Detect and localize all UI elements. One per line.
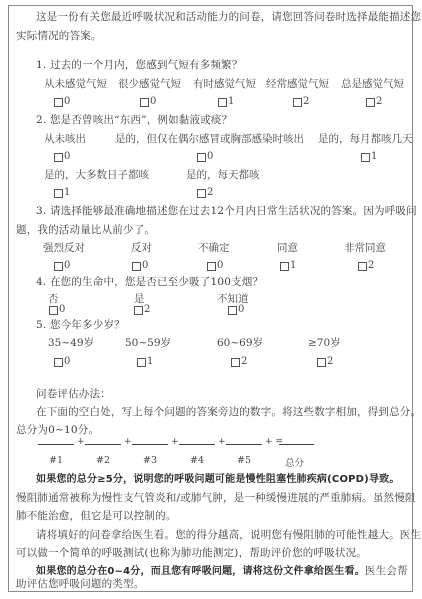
score-blank-3[interactable] [132,444,168,446]
score-value: 2 [207,187,213,199]
question-3-title-line-1: 3. 请选择能够最准确地描述您在过去12个月内日常生活状况的答案。因为呼吸问 [36,205,417,218]
checkbox-icon[interactable] [197,189,206,198]
checkbox-icon[interactable] [54,153,63,162]
checkbox-icon[interactable] [134,306,143,315]
checkbox-icon[interactable] [231,358,240,367]
score-value: 0 [64,96,70,108]
question-2-title: 2. 您是否曾咳出“东西”，例如黏液或痰？ [36,114,232,127]
question-4-title: 4. 在您的生命中，您是否已至少吸了100支烟？ [36,276,263,289]
result-low-score-line: 如果您的总分在0~4分，而且您有呼吸问题，请将这份文件拿给医生看。医生会帮 [36,565,408,578]
q1-checkbox[interactable]: 2 [293,96,309,108]
q2-option-label: 是的，但仅在偶尔感冒或胸部感染时咳出 [115,133,304,146]
q1-option-label: 很少感觉气短 [118,78,181,91]
checkbox-icon[interactable] [54,189,63,198]
score-value: 2 [241,356,247,368]
score-blank-1[interactable] [38,444,74,446]
checkbox-icon[interactable] [366,98,375,107]
q5-checkbox[interactable]: 0 [54,356,70,368]
q3-option-label: 同意 [277,242,298,255]
question-3-title-line-2: 题，我的活动量比从前少了。 [16,224,155,237]
advice-line-1: 请将填好的问卷拿给医生看。您的得分越高，说明您有慢阻肺的可能性越大。医生 [36,529,421,542]
q3-checkbox[interactable]: 0 [132,260,148,272]
scoring-instructions-line-1: 在下面的空白处，写上每个问题的答案旁边的数字。将这些数字相加，得到总分。 [36,406,421,419]
q1-option-label: 经常感觉气短 [266,78,329,91]
checkbox-icon[interactable] [228,306,237,315]
score-blank-5[interactable] [226,444,262,446]
question-1-title: 1. 过去的一个月内，您感到气短有多频繁？ [36,59,243,72]
checkbox-icon[interactable] [54,98,63,107]
q5-checkbox[interactable]: 2 [317,356,333,368]
q2-checkbox[interactable]: 2 [197,187,213,199]
score-value: 1 [147,356,153,368]
checkbox-icon[interactable] [218,98,227,107]
q3-option-label: 不确定 [198,242,230,255]
checkbox-icon[interactable] [361,153,370,162]
blank-label-5: #5 [237,455,251,466]
q1-checkbox[interactable]: 0 [140,96,156,108]
blank-label-1: #1 [49,455,63,466]
score-value: 0 [150,96,156,108]
score-value: 2 [303,96,309,108]
q3-option-label: 强烈反对 [43,242,85,255]
q1-option-label: 从未感觉气短 [44,78,107,91]
q4-checkbox[interactable]: 0 [228,304,244,316]
q3-checkbox[interactable]: 0 [207,260,223,272]
checkbox-icon[interactable] [317,358,326,367]
score-value: 2 [368,260,374,272]
checkbox-icon[interactable] [197,153,206,162]
q3-option-label: 反对 [131,242,152,255]
score-value: 1 [64,187,70,199]
checkbox-icon[interactable] [132,262,141,271]
checkbox-icon[interactable] [293,98,302,107]
score-blank-4[interactable] [179,444,215,446]
result-low-line-2: 助评估您呼吸问题的类型。 [16,578,144,591]
score-value: 1 [290,260,296,272]
score-value: 0 [142,260,148,272]
q1-checkbox[interactable]: 1 [218,96,234,108]
result-low-tail: 医生会帮 [365,565,408,577]
q5-option-label: 35~49岁 [48,337,94,350]
score-value: 0 [59,304,65,316]
q2-checkbox[interactable]: 1 [361,151,377,163]
q3-checkbox[interactable]: 0 [54,260,70,272]
score-value: 0 [217,260,223,272]
score-value: 2 [144,304,150,316]
checkbox-icon[interactable] [358,262,367,271]
intro-line-1: 这是一份有关您最近呼吸状况和活动能力的问卷，请您回答问卷时选择最能描述您 [36,11,421,24]
score-value: 0 [64,260,70,272]
q5-checkbox[interactable]: 1 [137,356,153,368]
q3-checkbox[interactable]: 2 [358,260,374,272]
q4-checkbox[interactable]: 2 [134,304,150,316]
q1-option-label: 总是感觉气短 [341,78,404,91]
score-value: 0 [64,151,70,163]
q2-checkbox[interactable]: 0 [197,151,213,163]
score-blank-2[interactable] [85,444,121,446]
total-score-blank[interactable] [279,444,314,446]
score-value: 0 [207,151,213,163]
q5-checkbox[interactable]: 2 [231,356,247,368]
plus-sign: + [124,437,132,447]
q2-option-label: 是的，大多数日子都咳 [44,169,149,182]
q5-option-label: ≥70岁 [308,337,341,350]
checkbox-icon[interactable] [49,306,58,315]
question-5-title: 5. 您今年多少岁？ [36,319,125,332]
scoring-heading: 问卷评估办法： [36,388,111,401]
intro-line-2: 实际情况的答案。 [16,30,102,43]
checkbox-icon[interactable] [207,262,216,271]
score-value: 0 [64,356,70,368]
blank-label-3: #3 [143,455,157,466]
checkbox-icon[interactable] [54,358,63,367]
checkbox-icon[interactable] [140,98,149,107]
result-high-line-2: 慢阻肺通常被称为慢性支气管炎和/或肺气肿，是一种缓慢进展的严重肺病。虽然慢阻 [16,492,416,505]
q1-checkbox[interactable]: 2 [366,96,382,108]
q3-checkbox[interactable]: 1 [280,260,296,272]
q1-option-label: 有时感觉气短 [193,78,256,91]
result-high-line-3: 肺不能治愈，但它是可以控制的。 [16,510,177,523]
scoring-instructions-line-2: 总分为0~10分。 [16,424,99,437]
blank-label-total: 总分 [285,455,304,469]
score-value: 0 [238,304,244,316]
q2-checkbox[interactable]: 0 [54,151,70,163]
score-value: 1 [228,96,234,108]
plus-sign: + [218,437,226,447]
q5-option-label: 60~69岁 [217,337,263,350]
q1-checkbox[interactable]: 0 [54,96,70,108]
checkbox-icon[interactable] [137,358,146,367]
score-value: 2 [327,356,333,368]
plus-sign: + [77,437,85,447]
checkbox-icon[interactable] [280,262,289,271]
result-low-score-statement: 如果您的总分在0~4分，而且您有呼吸问题，请将这份文件拿给医生看。 [36,566,365,577]
score-value: 1 [371,151,377,163]
score-value: 2 [376,96,382,108]
plus-sign: + [171,437,179,447]
q2-option-label: 是的，每月都咳几天 [318,133,413,146]
q5-option-label: 50~59岁 [125,337,171,350]
blank-label-4: #4 [190,455,204,466]
q4-checkbox[interactable]: 0 [49,304,65,316]
checkbox-icon[interactable] [54,262,63,271]
q2-checkbox[interactable]: 1 [54,187,70,199]
q2-option-label: 是的，每天都咳 [186,169,260,182]
q2-option-label: 从未咳出 [44,133,86,146]
advice-line-2: 可以做一个简单的呼吸测试(也称为肺功能测定)，帮助评价您的呼吸状况。 [16,547,367,560]
blank-label-2: #2 [96,455,110,466]
q3-option-label: 非常同意 [344,242,386,255]
result-high-score-statement: 如果您的总分≥5分，说明您的呼吸问题可能是慢性阻塞性肺疾病(COPD)导致。 [36,473,400,486]
